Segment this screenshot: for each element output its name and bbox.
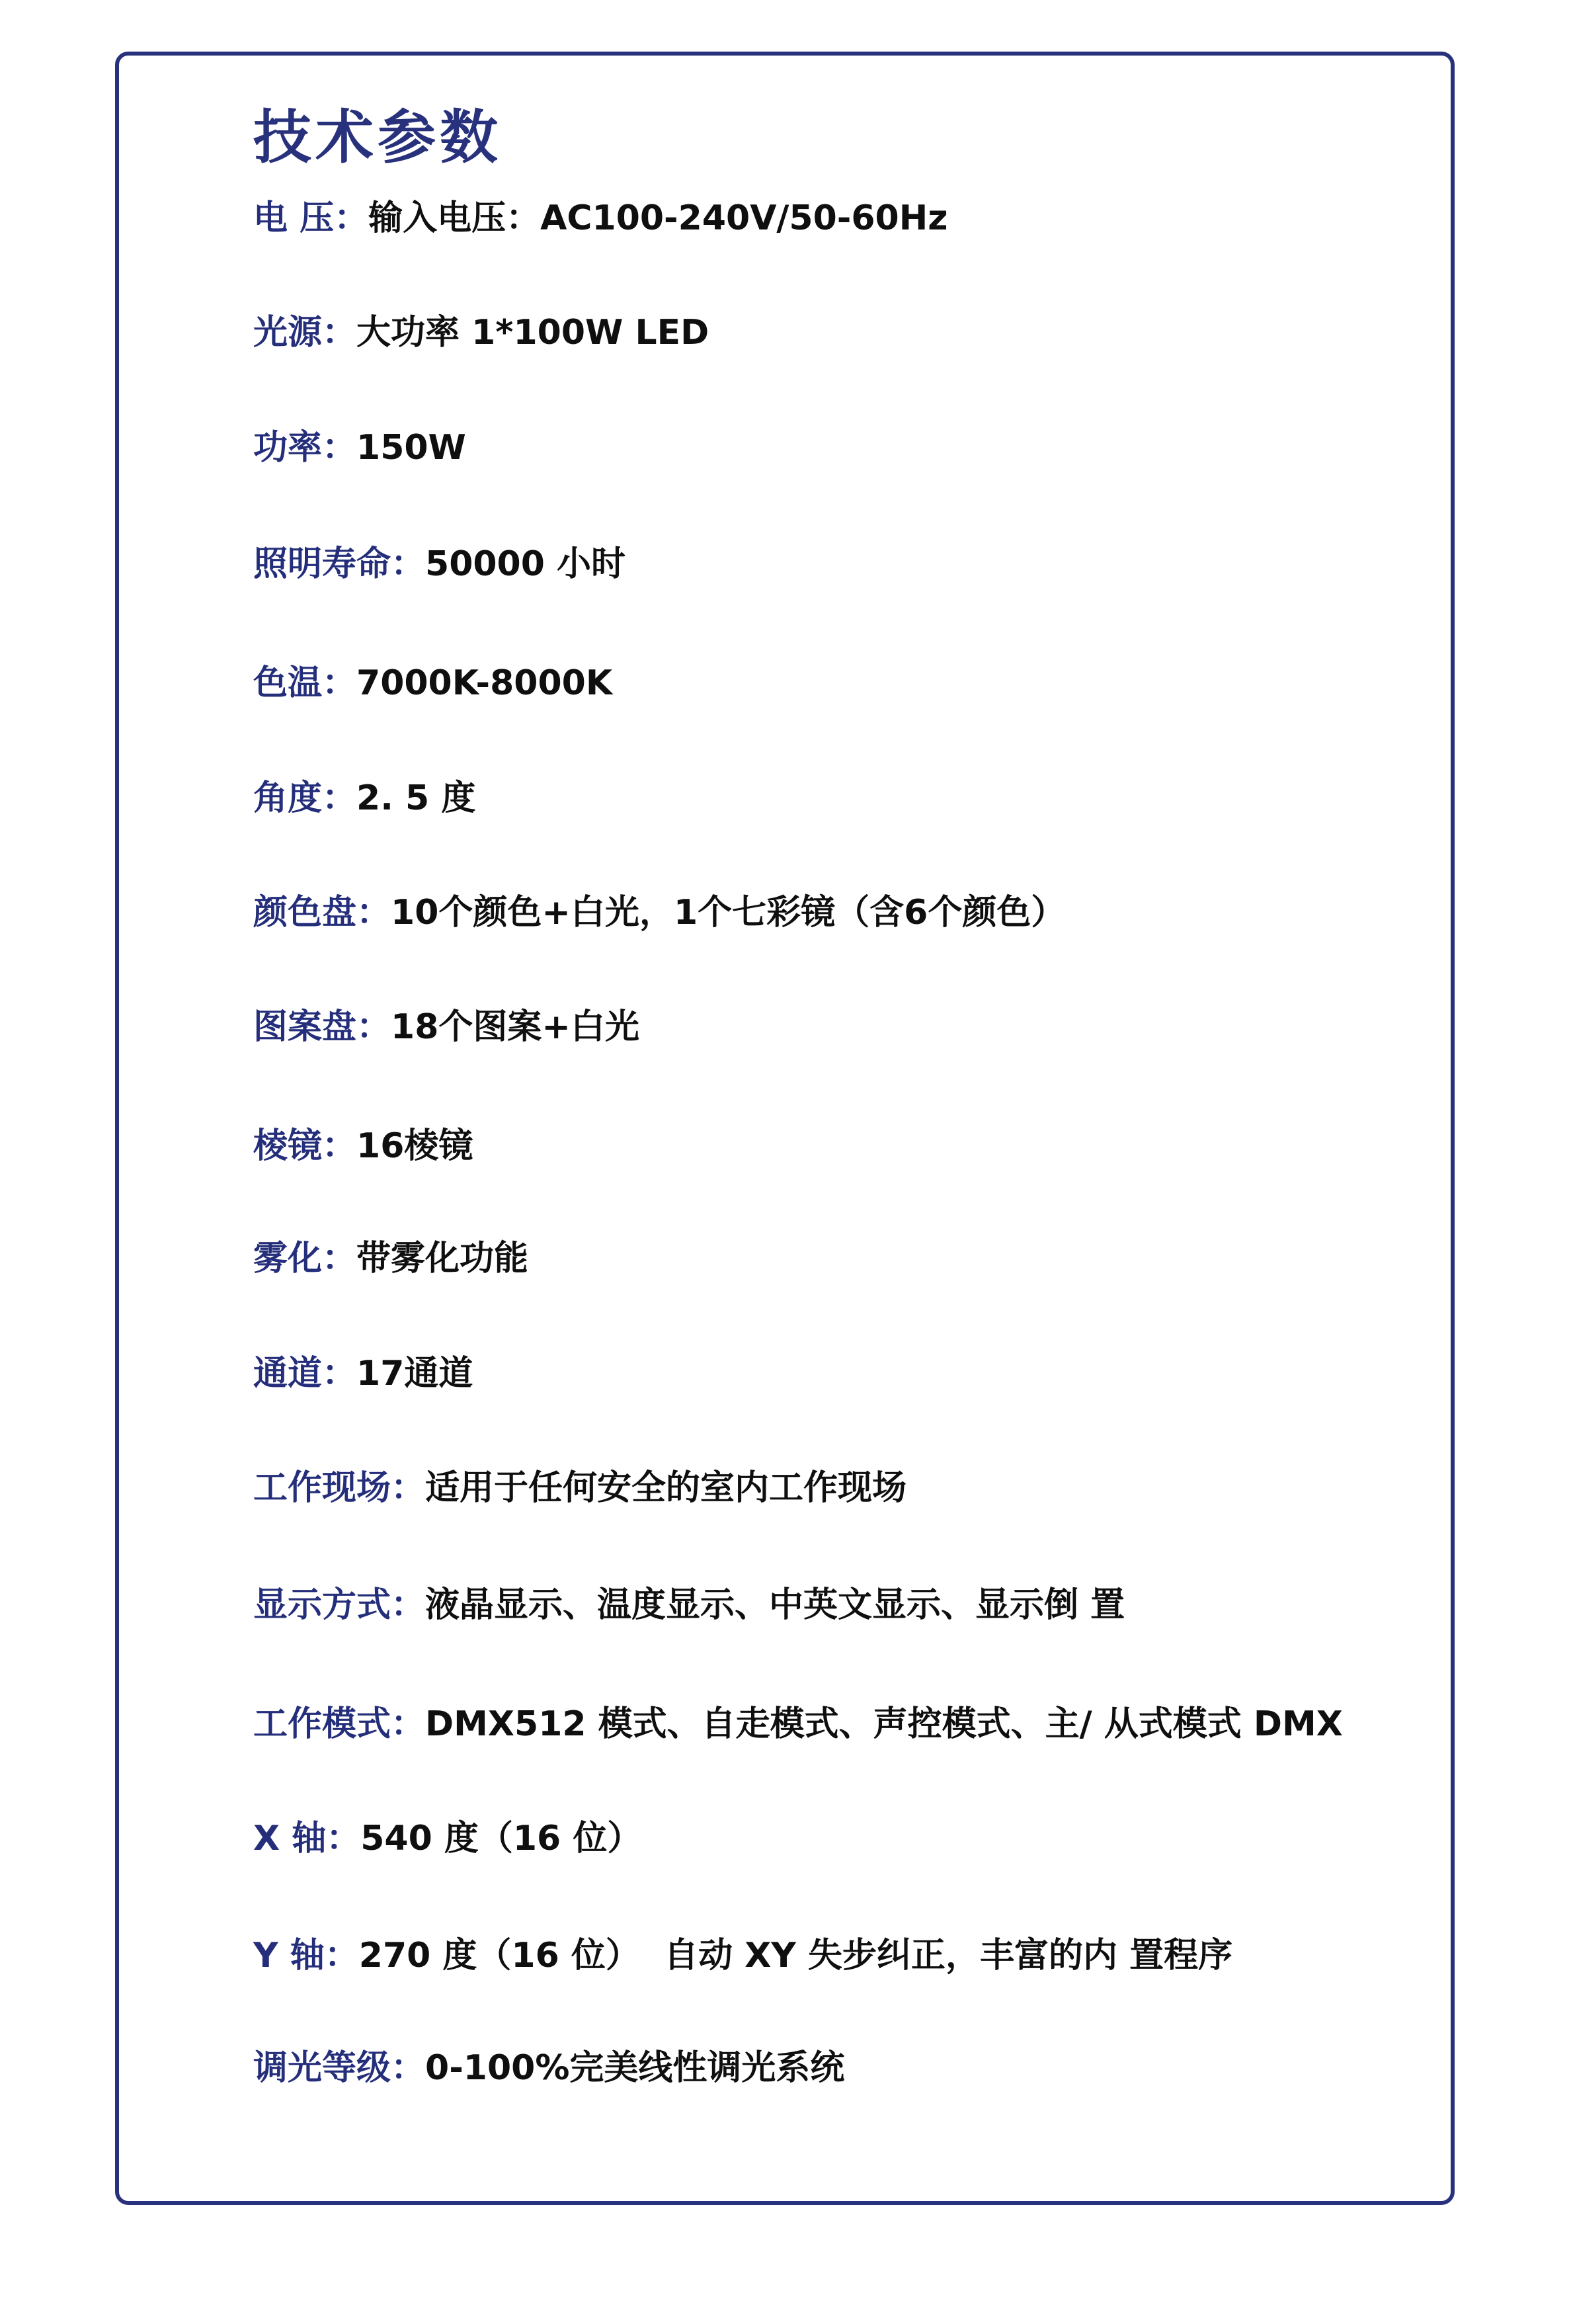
spec-row: 工作现场：适用于任何安全的室内工作现场 bbox=[253, 1471, 906, 1505]
spec-row-value: 18个图案+白光 bbox=[391, 1007, 639, 1047]
spec-row-label: Y 轴： bbox=[253, 1936, 359, 1975]
spec-row-label: 雾化： bbox=[253, 1239, 356, 1278]
spec-row-label: 颜色盘： bbox=[253, 893, 391, 933]
spec-row-value: 270 度（16 位） 自动 XY 失步纠正，丰富的内 置程序 bbox=[359, 1936, 1232, 1975]
spec-row-label: 工作模式： bbox=[253, 1704, 425, 1744]
spec-row-label: X 轴： bbox=[253, 1819, 360, 1858]
spec-row-value: 带雾化功能 bbox=[356, 1239, 528, 1278]
spec-row-label: 照明寿命： bbox=[253, 544, 425, 584]
spec-row-label: 电 压： bbox=[253, 198, 368, 238]
spec-row-label: 显示方式： bbox=[253, 1585, 425, 1625]
spec-row: 显示方式：液晶显示、温度显示、中英文显示、显示倒 置 bbox=[253, 1588, 1125, 1622]
spec-row-label: 角度： bbox=[253, 778, 356, 818]
spec-row-label: 图案盘： bbox=[253, 1007, 391, 1047]
spec-sheet-page: 技术参数 电 压：输入电压：AC100-240V/50-60Hz 光源：大功率 … bbox=[0, 0, 1571, 2324]
spec-row-label: 工作现场： bbox=[253, 1468, 425, 1508]
spec-row: 照明寿命：50000 小时 bbox=[253, 547, 625, 581]
spec-row: 调光等级：0-100%完美线性调光系统 bbox=[253, 2051, 844, 2085]
spec-row: 通道：17通道 bbox=[253, 1356, 473, 1391]
spec-panel-border: 技术参数 电 压：输入电压：AC100-240V/50-60Hz 光源：大功率 … bbox=[115, 52, 1455, 2205]
spec-row-label: 光源： bbox=[253, 313, 356, 353]
spec-row: 图案盘：18个图案+白光 bbox=[253, 1010, 639, 1044]
spec-row: 工作模式：DMX512 模式、自走模式、声控模式、主/ 从式模式 DMX bbox=[253, 1707, 1343, 1741]
spec-row-value: 液晶显示、温度显示、中英文显示、显示倒 置 bbox=[425, 1585, 1125, 1625]
spec-row-value: 16棱镜 bbox=[356, 1126, 473, 1166]
spec-row: X 轴：540 度（16 位） bbox=[253, 1821, 641, 1856]
spec-row-value: 150W bbox=[356, 428, 466, 468]
spec-row-label: 通道： bbox=[253, 1354, 356, 1393]
spec-row-value: 50000 小时 bbox=[425, 544, 625, 584]
spec-row: 功率：150W bbox=[253, 431, 466, 465]
spec-row-label: 棱镜： bbox=[253, 1126, 356, 1166]
spec-row-value: 输入电压：AC100-240V/50-60Hz bbox=[368, 198, 947, 238]
spec-row: 颜色盘：10个颜色+白光，1个七彩镜（含6个颜色） bbox=[253, 895, 1065, 930]
spec-row-value: 2. 5 度 bbox=[356, 778, 475, 818]
spec-row: 雾化：带雾化功能 bbox=[253, 1241, 528, 1276]
spec-row-label: 色温： bbox=[253, 663, 356, 703]
spec-row-value: 17通道 bbox=[356, 1354, 473, 1393]
spec-row-value: 7000K-8000K bbox=[356, 663, 612, 703]
spec-row-label: 功率： bbox=[253, 428, 356, 468]
spec-row-value: 540 度（16 位） bbox=[360, 1819, 641, 1858]
spec-row-value: 0-100%完美线性调光系统 bbox=[425, 2048, 844, 2088]
spec-row: 色温：7000K-8000K bbox=[253, 666, 612, 700]
spec-row: 电 压：输入电压：AC100-240V/50-60Hz bbox=[253, 201, 948, 235]
spec-row-value: 10个颜色+白光，1个七彩镜（含6个颜色） bbox=[391, 893, 1065, 933]
spec-row-value: 适用于任何安全的室内工作现场 bbox=[425, 1468, 906, 1508]
spec-row: Y 轴：270 度（16 位） 自动 XY 失步纠正，丰富的内 置程序 bbox=[253, 1938, 1232, 1973]
spec-row-value: 大功率 1*100W LED bbox=[356, 313, 709, 353]
spec-row: 角度：2. 5 度 bbox=[253, 781, 475, 815]
spec-row-label: 调光等级： bbox=[253, 2048, 425, 2088]
page-title: 技术参数 bbox=[253, 108, 502, 167]
spec-row-value: DMX512 模式、自走模式、声控模式、主/ 从式模式 DMX bbox=[425, 1704, 1343, 1744]
spec-row: 棱镜：16棱镜 bbox=[253, 1129, 473, 1163]
spec-row: 光源：大功率 1*100W LED bbox=[253, 315, 709, 350]
